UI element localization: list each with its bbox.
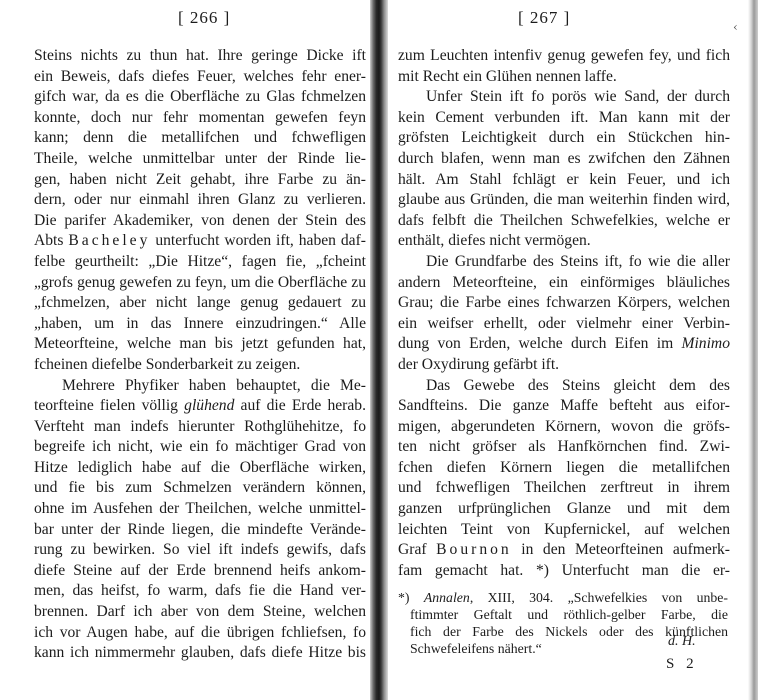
text-line: „grofs genug gewefen zu feyn, um die Obe… (34, 273, 366, 294)
emphasis-text: glühend (184, 397, 234, 414)
emphasis-text: Minimo (681, 335, 730, 352)
text-line: brennen. Darf ich aber von dem Steine, w… (34, 602, 366, 623)
text-line: Die parifer Akademiker, von denen der St… (34, 211, 366, 232)
text-line: durch blafen, wenn man es zwifchen den Z… (398, 149, 730, 170)
text-line: Graf Bournon in den Meteorfteinen aufmer… (398, 540, 730, 561)
text-line: mit Recht ein Glühen nennen laffe. (398, 67, 730, 88)
text-line: dern, oder nur einmahl ihren Glanz zu ve… (34, 190, 366, 211)
text-fragment: Graf (398, 541, 436, 558)
text-line: fcheinen diefelbe Sonderbarkeit zu zeige… (34, 355, 366, 376)
footnote-marker: *) (398, 590, 424, 605)
signature-mark: S 2 (666, 656, 698, 673)
margin-mark: ‹ (733, 20, 738, 34)
person-name: Bacheley (68, 232, 150, 249)
text-line: gröfsten Leichtigkeit durch ein Stückche… (398, 128, 730, 149)
text-line: ein Beweis, dafs diefes Feuer, welches f… (34, 67, 366, 88)
text-line: ohne im Ausfehen der Theilchen, welche u… (34, 499, 366, 520)
text-line: Verfteht man indefs hierunter Rothglüheh… (34, 417, 366, 438)
footnote-line: ftimmter Geftalt und röthlich-gelber Far… (398, 606, 728, 623)
text-line: men, das heifst, fo warm, dafs fie die H… (34, 581, 366, 602)
text-line: gifch war, da es die Oberfläche zu Glas … (34, 87, 366, 108)
page-edge (748, 0, 758, 700)
text-fragment: unterfucht worden ift, haben daf- (150, 232, 366, 249)
text-line: rung zu bewirken. So viel ift indefs gew… (34, 540, 366, 561)
footnote-line: *) Annalen, XIII, 304. „Schwefelkies von… (398, 589, 728, 606)
text-line: ganzen urfprünglichen Glanze und mit dem (398, 499, 730, 520)
left-page-body: Steins nichts zu thun hat. Ihre geringe … (34, 46, 366, 664)
page-number-right: [ 267 ] (518, 8, 570, 28)
text-line: und fie bis zum Schmelzen verändern könn… (34, 478, 366, 499)
text-fragment: teorfteine fielen völlig (34, 397, 184, 414)
text-line: konnte, doch nur fehr momentan gewefen f… (34, 108, 366, 129)
text-line: migen, abgerundeten Körnern, wovon die g… (398, 417, 730, 438)
text-line: leichten Teint von Kupfernickel, auf wel… (398, 520, 730, 541)
paragraph-start-line: Unfer Stein ift fo porös wie Sand, der d… (398, 87, 730, 108)
paragraph-start-line: Das Gewebe des Steins gleicht dem des (398, 376, 730, 397)
text-line: bar unter der Rinde liegen, die mindefte… (34, 520, 366, 541)
text-line: und fchwefligen Theilchen zerftreut in i… (398, 478, 730, 499)
text-line: ten nicht gröfser als Hanfkörnchen find.… (398, 437, 730, 458)
footnote-ref: , XIII, 304. „Schwefelkies von unbe- (470, 590, 728, 605)
text-fragment: auf die Erde herab. (234, 397, 366, 414)
text-line: Steins nichts zu thun hat. Ihre geringe … (34, 46, 366, 67)
text-line: zum Leuchten intenfiv genug gewefen fey,… (398, 46, 730, 67)
text-line: fam gemacht hat. *) Unterfucht man die e… (398, 561, 730, 582)
text-line: Grau; die Farbe eines fchwarzen Körpers,… (398, 293, 730, 314)
text-line: „fchmelzen, aber nicht lange genug gedau… (34, 293, 366, 314)
paragraph-start-line: Mehrere Phyfiker haben behauptet, die Me… (34, 376, 366, 397)
text-line: Theile, welche unmittelbar unter der Rin… (34, 149, 366, 170)
right-page-body: zum Leuchten intenfiv genug gewefen fey,… (398, 46, 730, 581)
right-page: [ 267 ] ‹ zum Leuchten intenfiv genug ge… (386, 0, 758, 700)
text-line: ein weifser erhellt, oder vielmehr einer… (398, 314, 730, 335)
text-fragment: Abts (34, 232, 68, 249)
text-line: kein Cement verbunden ift. Man kann mit … (398, 108, 730, 129)
text-line: diefe Steine auf der Erde brennend heifs… (34, 561, 366, 582)
text-line: dung von Erden, welche durch Eifen im Mi… (398, 334, 730, 355)
footnote-attribution: d. H. (668, 634, 696, 650)
person-name: Bournon (436, 541, 512, 558)
text-line: kann ich nimmermehr glauben, dafs diefe … (34, 643, 366, 664)
text-line: ich vor Augen habe, auf die übrigen fchl… (34, 623, 366, 644)
text-line: enthält, diefes nicht vermögen. (398, 231, 730, 252)
page-number-left: [ 266 ] (178, 8, 230, 28)
text-line: glaube aus Gründen, die man weiterhin fi… (398, 190, 730, 211)
text-line: der Oxydirung gefärbt ift. (398, 355, 730, 376)
text-line: Abts Bacheley unterfucht worden ift, hab… (34, 231, 366, 252)
text-line: dafs felbft die Theilchen Schwefelkies, … (398, 211, 730, 232)
text-line: fchen diefen Körnern liegen die metallif… (398, 458, 730, 479)
text-fragment: dung von Erden, welche durch Eifen im (398, 335, 681, 352)
text-line: hält. Am Stahl fchlägt er kein Feuer, un… (398, 170, 730, 191)
text-line: andern Meteorfteine, ein einförmiges blä… (398, 273, 730, 294)
left-page: [ 266 ] Steins nichts zu thun hat. Ihre … (0, 0, 372, 700)
text-line: begreife ich nicht, wie ein fo mächtiger… (34, 437, 366, 458)
text-line: Hitze lediglich habe auf die Oberfläche … (34, 458, 366, 479)
paragraph-start-line: Die Grundfarbe des Steins ift, fo wie di… (398, 252, 730, 273)
text-line: Sandfteins. Die ganze Maffe befteht aus … (398, 396, 730, 417)
text-line: Meteorfteine, welche man bis jetzt gefun… (34, 334, 366, 355)
text-line: „haben, um in das Innere einzudringen.“ … (34, 314, 366, 335)
text-line: teorfteine fielen völlig glühend auf die… (34, 396, 366, 417)
text-line: felbe geurtheilt: „Die Hitze“, fagen fie… (34, 252, 366, 273)
text-fragment: in den Meteorfteinen aufmerk- (512, 541, 730, 558)
footnote-source: Annalen (424, 590, 470, 605)
text-line: gen, haben nicht Zeit gehabt, ihre Farbe… (34, 170, 366, 191)
text-line: kann; denn die metallifchen und fchwefli… (34, 128, 366, 149)
